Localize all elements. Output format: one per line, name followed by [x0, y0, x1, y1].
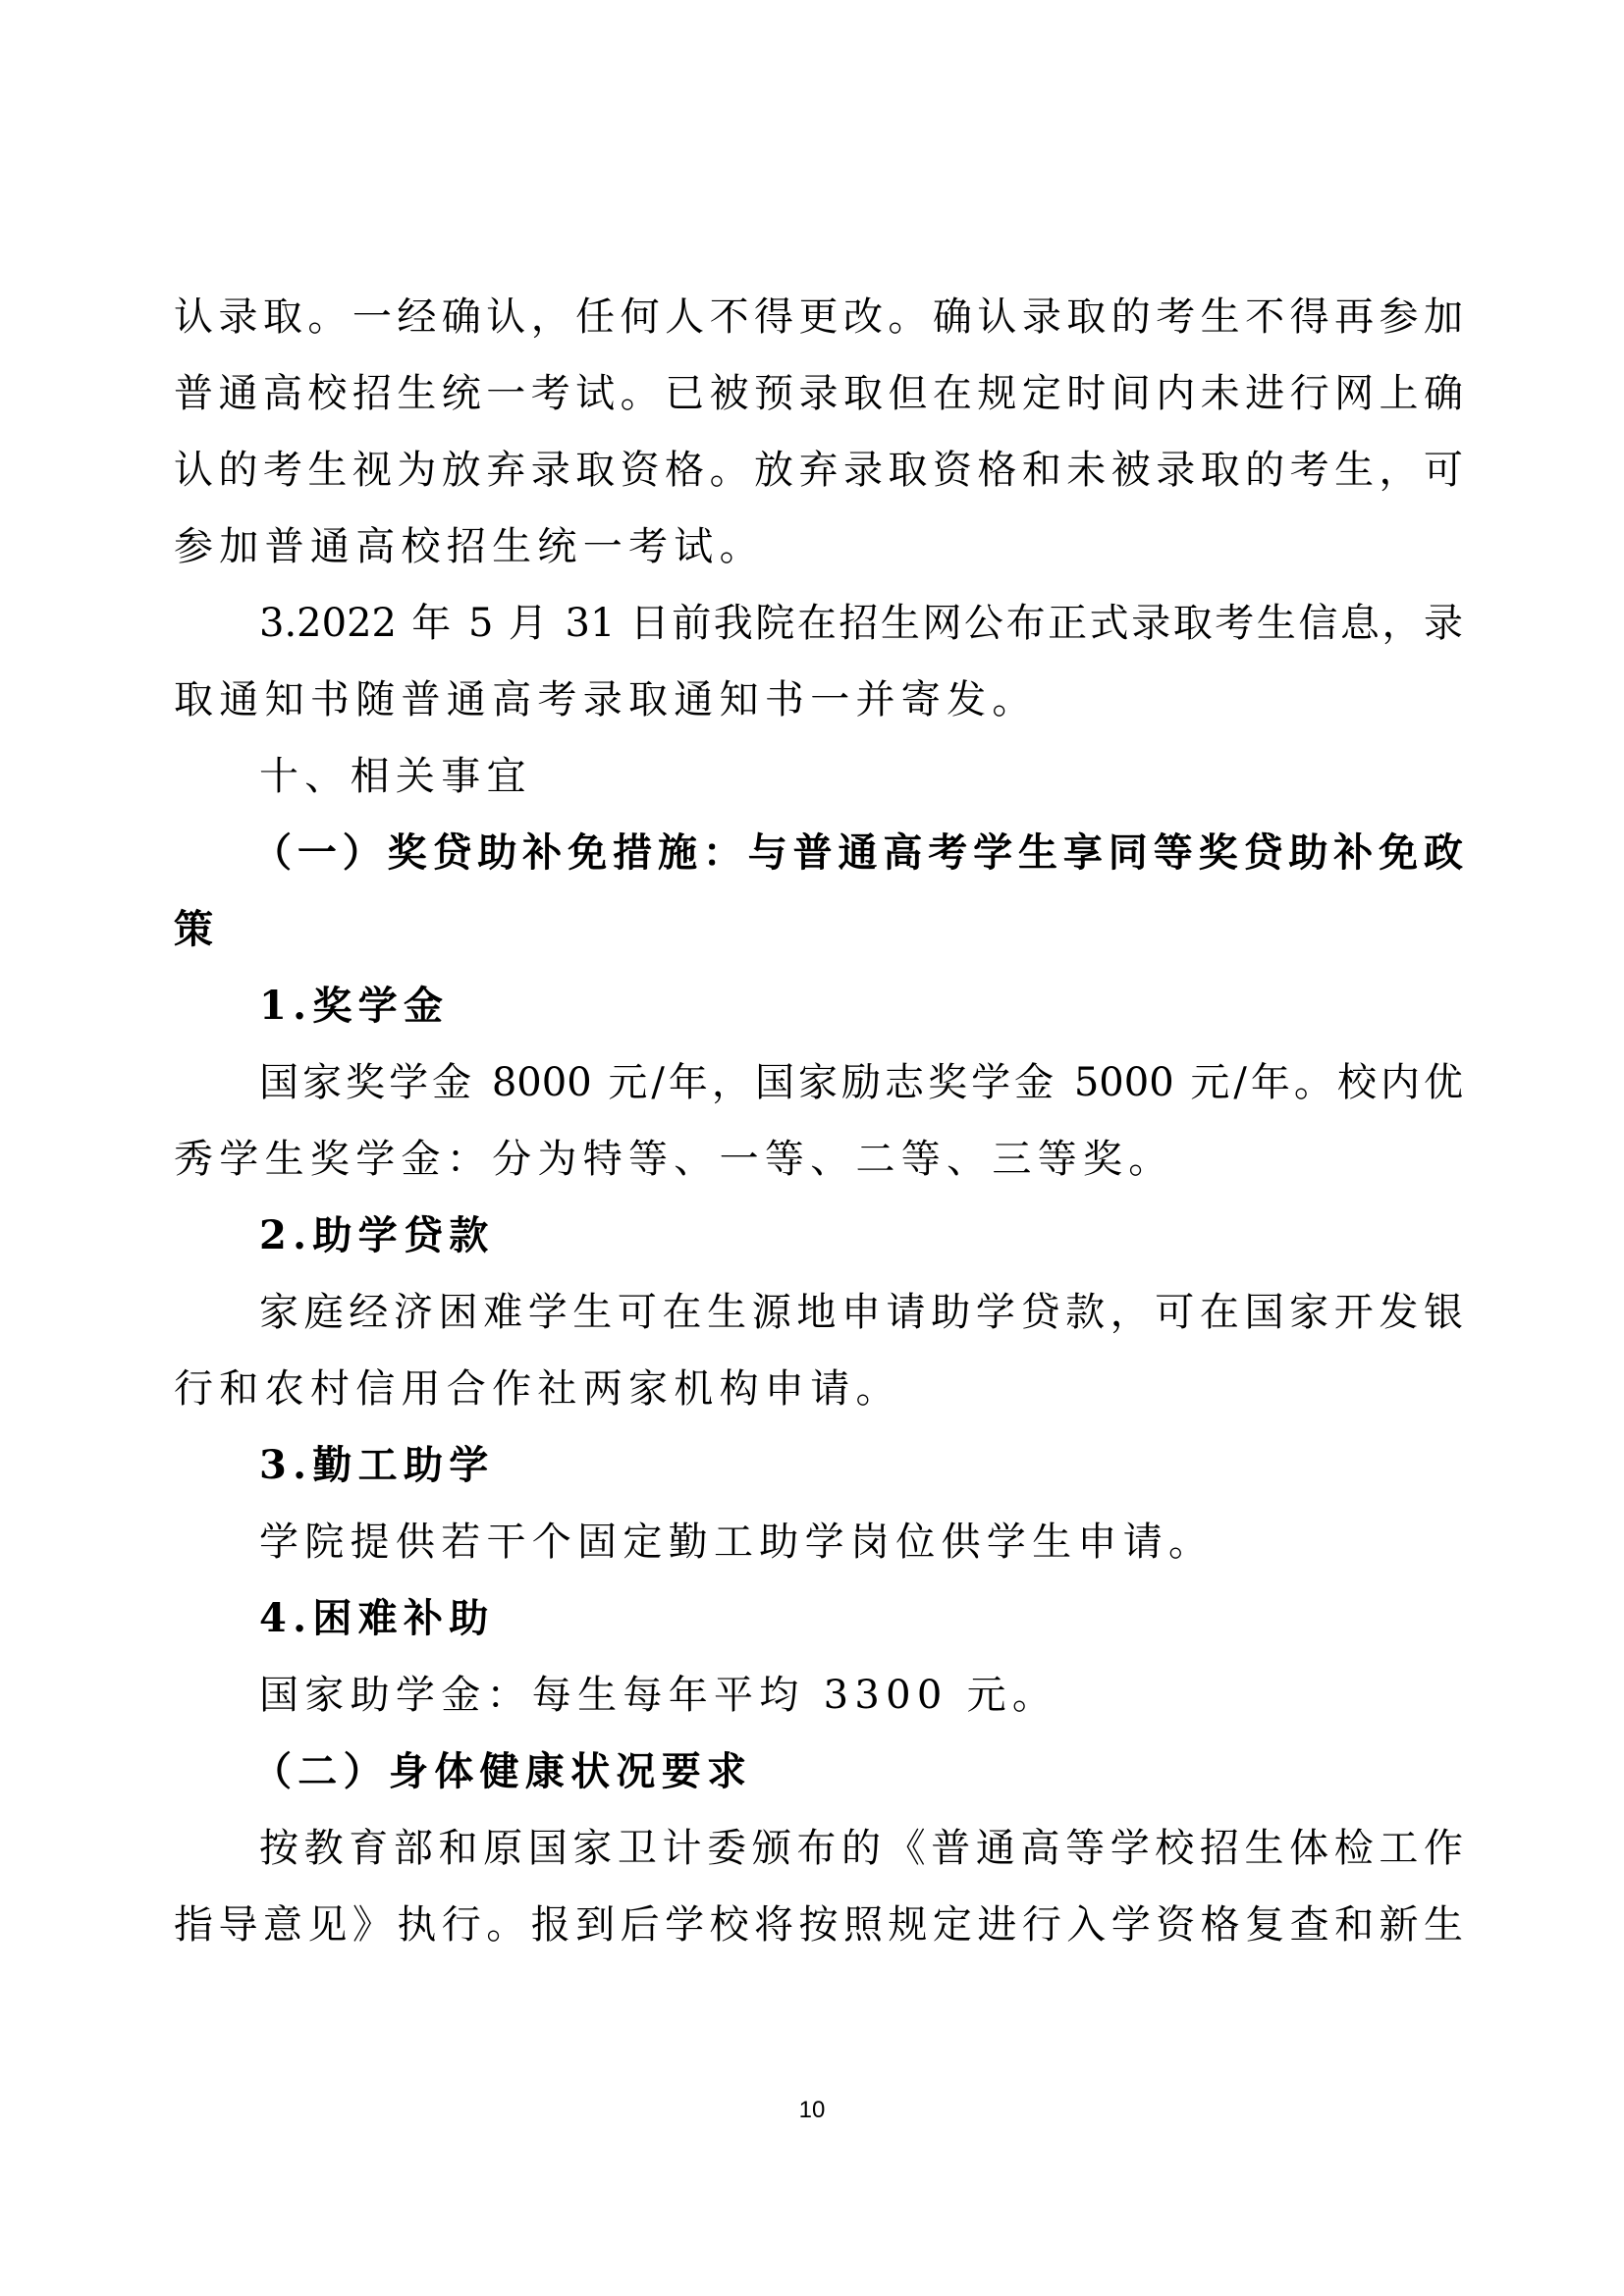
text-line: （一）奖贷助补免措施：与普通高考学生享同等奖贷助补免政	[174, 815, 1463, 891]
text-line: 参加普通高校招生统一考试。	[174, 508, 1463, 585]
text-line: 学院提供若干个固定勤工助学岗位供学生申请。	[174, 1504, 1463, 1580]
paragraph-scholarship: 国家奖学金 8000 元/年，国家励志奖学金 5000 元/年。校内优 秀学生奖…	[174, 1044, 1463, 1198]
text-line: 普通高校招生统一考试。已被预录取但在规定时间内未进行网上确	[174, 355, 1463, 432]
text-line: 行和农村信用合作社两家机构申请。	[174, 1351, 1463, 1427]
item-heading-student-loan: 2.助学贷款	[174, 1198, 1463, 1274]
item-heading-scholarship: 1.奖学金	[174, 968, 1463, 1044]
text-line: 国家奖学金 8000 元/年，国家励志奖学金 5000 元/年。校内优	[174, 1044, 1463, 1121]
text-line: （二）身体健康状况要求	[174, 1734, 1463, 1810]
page-number: 10	[0, 2097, 1624, 2124]
text-line: 国家助学金：每生每年平均 3300 元。	[174, 1657, 1463, 1734]
text-line: 秀学生奖学金：分为特等、一等、二等、三等奖。	[174, 1121, 1463, 1198]
item-heading-hardship-subsidy: 4.困难补助	[174, 1580, 1463, 1657]
text-line: 认录取。一经确认，任何人不得更改。确认录取的考生不得再参加	[174, 279, 1463, 355]
text-line: 策	[174, 891, 1463, 968]
subsection-heading-financial-aid: （一）奖贷助补免措施：与普通高考学生享同等奖贷助补免政 策	[174, 815, 1463, 968]
text-line: 家庭经济困难学生可在生源地申请助学贷款，可在国家开发银	[174, 1274, 1463, 1351]
text-line: 按教育部和原国家卫计委颁布的《普通高等学校招生体检工作	[174, 1810, 1463, 1887]
paragraph-admission-publication: 3.2022 年 5 月 31 日前我院在招生网公布正式录取考生信息，录 取通知…	[174, 585, 1463, 738]
text-line: 取通知书随普通高考录取通知书一并寄发。	[174, 662, 1463, 738]
section-heading-related-matters: 十、相关事宜	[174, 738, 1463, 815]
subsection-heading-health-requirements: （二）身体健康状况要求	[174, 1734, 1463, 1810]
text-line: 认的考生视为放弃录取资格。放弃录取资格和未被录取的考生，可	[174, 432, 1463, 508]
paragraph-hardship-subsidy: 国家助学金：每生每年平均 3300 元。	[174, 1657, 1463, 1734]
document-page: 认录取。一经确认，任何人不得更改。确认录取的考生不得再参加 普通高校招生统一考试…	[174, 279, 1463, 1963]
paragraph-work-study: 学院提供若干个固定勤工助学岗位供学生申请。	[174, 1504, 1463, 1580]
paragraph-admission-confirmation: 认录取。一经确认，任何人不得更改。确认录取的考生不得再参加 普通高校招生统一考试…	[174, 279, 1463, 585]
paragraph-health-requirements: 按教育部和原国家卫计委颁布的《普通高等学校招生体检工作 指导意见》执行。报到后学…	[174, 1810, 1463, 1963]
text-line: 指导意见》执行。报到后学校将按照规定进行入学资格复查和新生	[174, 1887, 1463, 1963]
paragraph-student-loan: 家庭经济困难学生可在生源地申请助学贷款，可在国家开发银 行和农村信用合作社两家机…	[174, 1274, 1463, 1427]
item-heading-work-study: 3.勤工助学	[174, 1427, 1463, 1504]
text-line: 3.2022 年 5 月 31 日前我院在招生网公布正式录取考生信息，录	[174, 585, 1463, 662]
